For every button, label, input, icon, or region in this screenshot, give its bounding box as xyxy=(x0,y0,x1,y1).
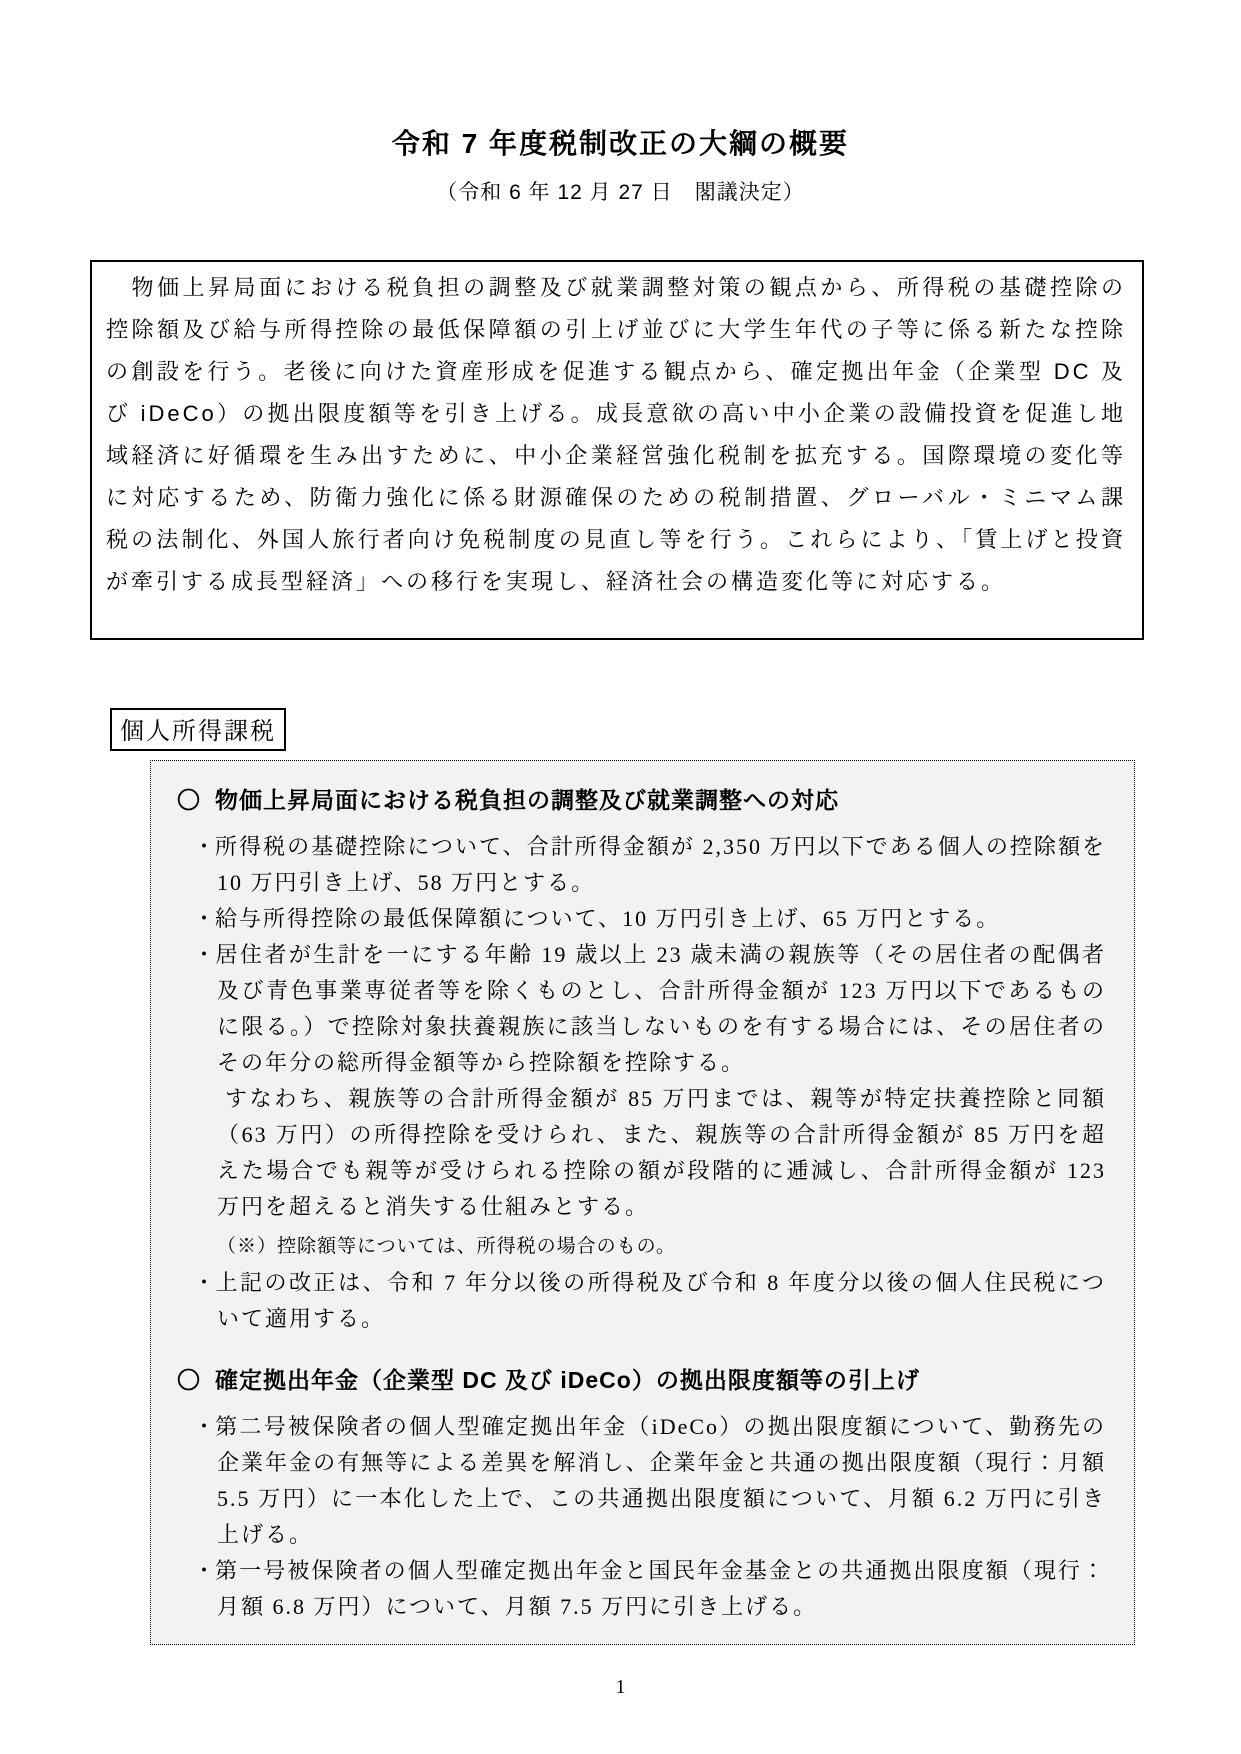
document-page: 令和 7 年度税制改正の大綱の概要 （令和 6 年 12 月 27 日 閣議決定… xyxy=(0,0,1241,1754)
page-subtitle: （令和 6 年 12 月 27 日 閣議決定） xyxy=(0,176,1241,206)
topic-items: ・所得税の基礎控除について、合計所得金額が 2,350 万円以下である個人の控除… xyxy=(193,829,1106,1337)
list-item: ・給与所得控除の最低保障額について、10 万円引き上げ、65 万円とする。 xyxy=(193,901,1106,937)
list-item-text: 居住者が生計を一にする年齢 19 歳以上 23 歳未満の親族等（その居住者の配偶… xyxy=(215,942,1106,1075)
circle-marker: 〇 xyxy=(177,783,201,817)
bullet-marker: ・ xyxy=(193,942,215,967)
circle-marker: 〇 xyxy=(177,1363,201,1397)
page-title: 令和 7 年度税制改正の大綱の概要 xyxy=(0,122,1241,162)
summary-box: 物価上昇局面における税負担の調整及び就業調整対策の観点から、所得税の基礎控除の控… xyxy=(90,260,1144,640)
list-item-text: 給与所得控除の最低保障額について、10 万円引き上げ、65 万円とする。 xyxy=(215,906,1000,931)
topic-heading-text: 物価上昇局面における税負担の調整及び就業調整への対応 xyxy=(215,783,839,817)
bullet-marker: ・ xyxy=(193,906,215,931)
topic-heading-text: 確定拠出年金（企業型 DC 及び iDeCo）の拠出限度額等の引上げ xyxy=(215,1363,920,1397)
topic-heading: 〇 確定拠出年金（企業型 DC 及び iDeCo）の拠出限度額等の引上げ xyxy=(177,1363,1106,1397)
section-label-personal-income-tax: 個人所得課税 xyxy=(110,708,286,751)
bullet-marker: ・ xyxy=(193,1270,216,1295)
topic-defined-contribution-pension: 〇 確定拠出年金（企業型 DC 及び iDeCo）の拠出限度額等の引上げ ・第二… xyxy=(177,1363,1106,1625)
list-item: ・第二号被保険者の個人型確定拠出年金（iDeCo）の拠出限度額について、勤務先の… xyxy=(193,1409,1106,1553)
list-item-text: 上記の改正は、令和 7 年分以後の所得税及び令和 8 年度分以後の個人住民税につ… xyxy=(216,1270,1106,1331)
list-item: ・第一号被保険者の個人型確定拠出年金と国民年金基金との共通拠出限度額（現行：月額… xyxy=(193,1553,1106,1625)
topic-heading: 〇 物価上昇局面における税負担の調整及び就業調整への対応 xyxy=(177,783,1106,817)
list-item: ・上記の改正は、令和 7 年分以後の所得税及び令和 8 年度分以後の個人住民税に… xyxy=(193,1265,1106,1337)
bullet-marker: ・ xyxy=(193,1414,215,1439)
summary-text: 物価上昇局面における税負担の調整及び就業調整対策の観点から、所得税の基礎控除の控… xyxy=(106,267,1126,603)
page-number: 1 xyxy=(0,1676,1241,1699)
list-item: ・所得税の基礎控除について、合計所得金額が 2,350 万円以下である個人の控除… xyxy=(193,829,1106,901)
list-item: ・居住者が生計を一にする年齢 19 歳以上 23 歳未満の親族等（その居住者の配… xyxy=(193,937,1106,1081)
list-item-text: 所得税の基礎控除について、合計所得金額が 2,350 万円以下である個人の控除額… xyxy=(215,834,1106,895)
bullet-marker: ・ xyxy=(193,834,215,859)
topic-tax-burden-adjustment: 〇 物価上昇局面における税負担の調整及び就業調整への対応 ・所得税の基礎控除につ… xyxy=(177,783,1106,1337)
footnote: （※）控除額等については、所得税の場合のもの。 xyxy=(193,1229,1106,1265)
bullet-marker: ・ xyxy=(193,1558,215,1583)
list-item-continuation: すなわち、親族等の合計所得金額が 85 万円までは、親等が特定扶養控除と同額（6… xyxy=(193,1081,1106,1225)
topic-items: ・第二号被保険者の個人型確定拠出年金（iDeCo）の拠出限度額について、勤務先の… xyxy=(193,1409,1106,1625)
list-item-text: 第一号被保険者の個人型確定拠出年金と国民年金基金との共通拠出限度額（現行：月額 … xyxy=(215,1558,1106,1619)
list-item-text: 第二号被保険者の個人型確定拠出年金（iDeCo）の拠出限度額について、勤務先の企… xyxy=(215,1414,1106,1547)
personal-income-tax-panel: 〇 物価上昇局面における税負担の調整及び就業調整への対応 ・所得税の基礎控除につ… xyxy=(150,760,1135,1645)
